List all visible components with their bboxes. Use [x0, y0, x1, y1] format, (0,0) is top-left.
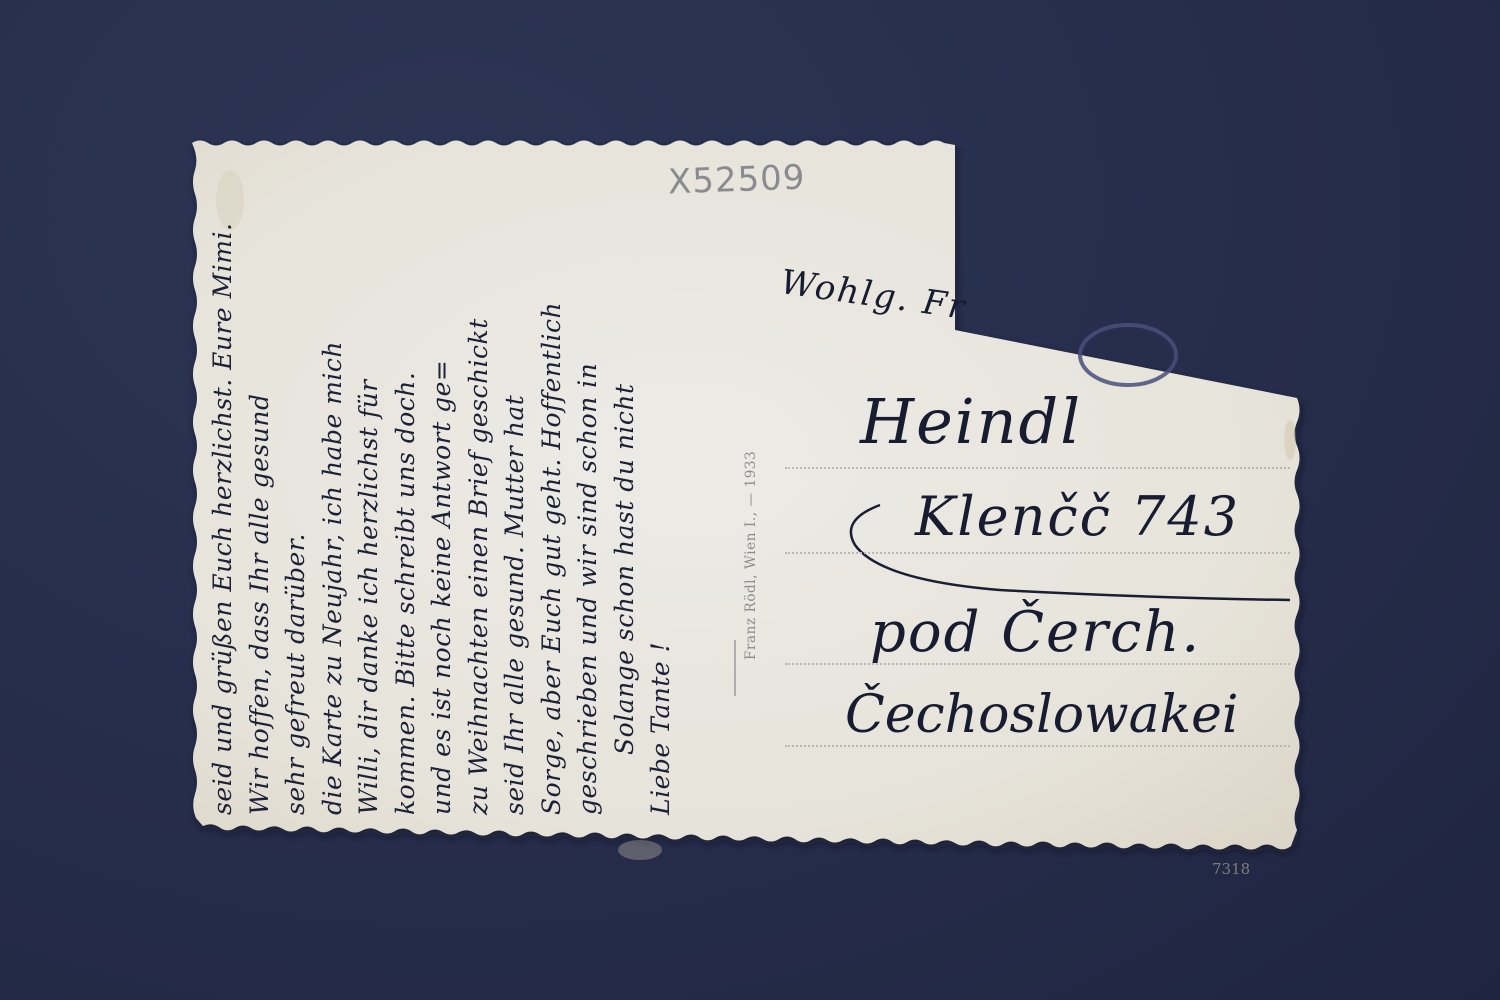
address-line-1: [785, 467, 1290, 469]
publisher-imprint: Franz Rödl, Wien I., — 1933: [743, 451, 759, 660]
message-line: Wir hoffen, dass Ihr alle gesund: [242, 165, 279, 815]
address-name: Heindl: [860, 385, 1082, 458]
message-line: seid und grüßen Euch herzlichst. Eure Mi…: [205, 165, 242, 815]
handwritten-message: seid und grüßen Euch herzlichst. Eure Mi…: [205, 165, 680, 815]
address-street: Klenčč 743: [915, 485, 1240, 548]
message-greeting: Liebe Tante !: [643, 165, 680, 815]
message-line: Solange schon hast du nicht: [607, 165, 644, 815]
message-line: kommen. Bitte schreibt uns doch.: [388, 165, 425, 815]
message-line: zu Weihnachten einen Brief geschickt: [461, 165, 498, 815]
stain: [618, 840, 662, 860]
catalog-number: 7318: [1212, 860, 1250, 878]
address-line-2: [785, 552, 1290, 554]
pencil-archive-number: X52509: [667, 158, 806, 203]
message-line: Sorge, aber Euch gut geht. Hoffentlich: [534, 165, 571, 815]
message-line: seid Ihr alle gesund. Mutter hat: [497, 165, 534, 815]
address-line-4: [785, 745, 1290, 747]
postcard: X52509 seid und grüßen Euch herzlichst. …: [0, 0, 1500, 1000]
message-line: und es ist noch keine Antwort ge=: [424, 165, 461, 815]
message-line: die Karte zu Neujahr, ich habe mich: [315, 165, 352, 815]
message-line: Willi, dir danke ich herzlichst für: [351, 165, 388, 815]
message-line: geschrieben und wir sind schon in: [570, 165, 607, 815]
address-country: Čechoslowakei: [845, 685, 1239, 745]
address-locality: pod Čerch.: [870, 600, 1201, 665]
message-line: sehr gefreut darüber.: [278, 165, 315, 815]
